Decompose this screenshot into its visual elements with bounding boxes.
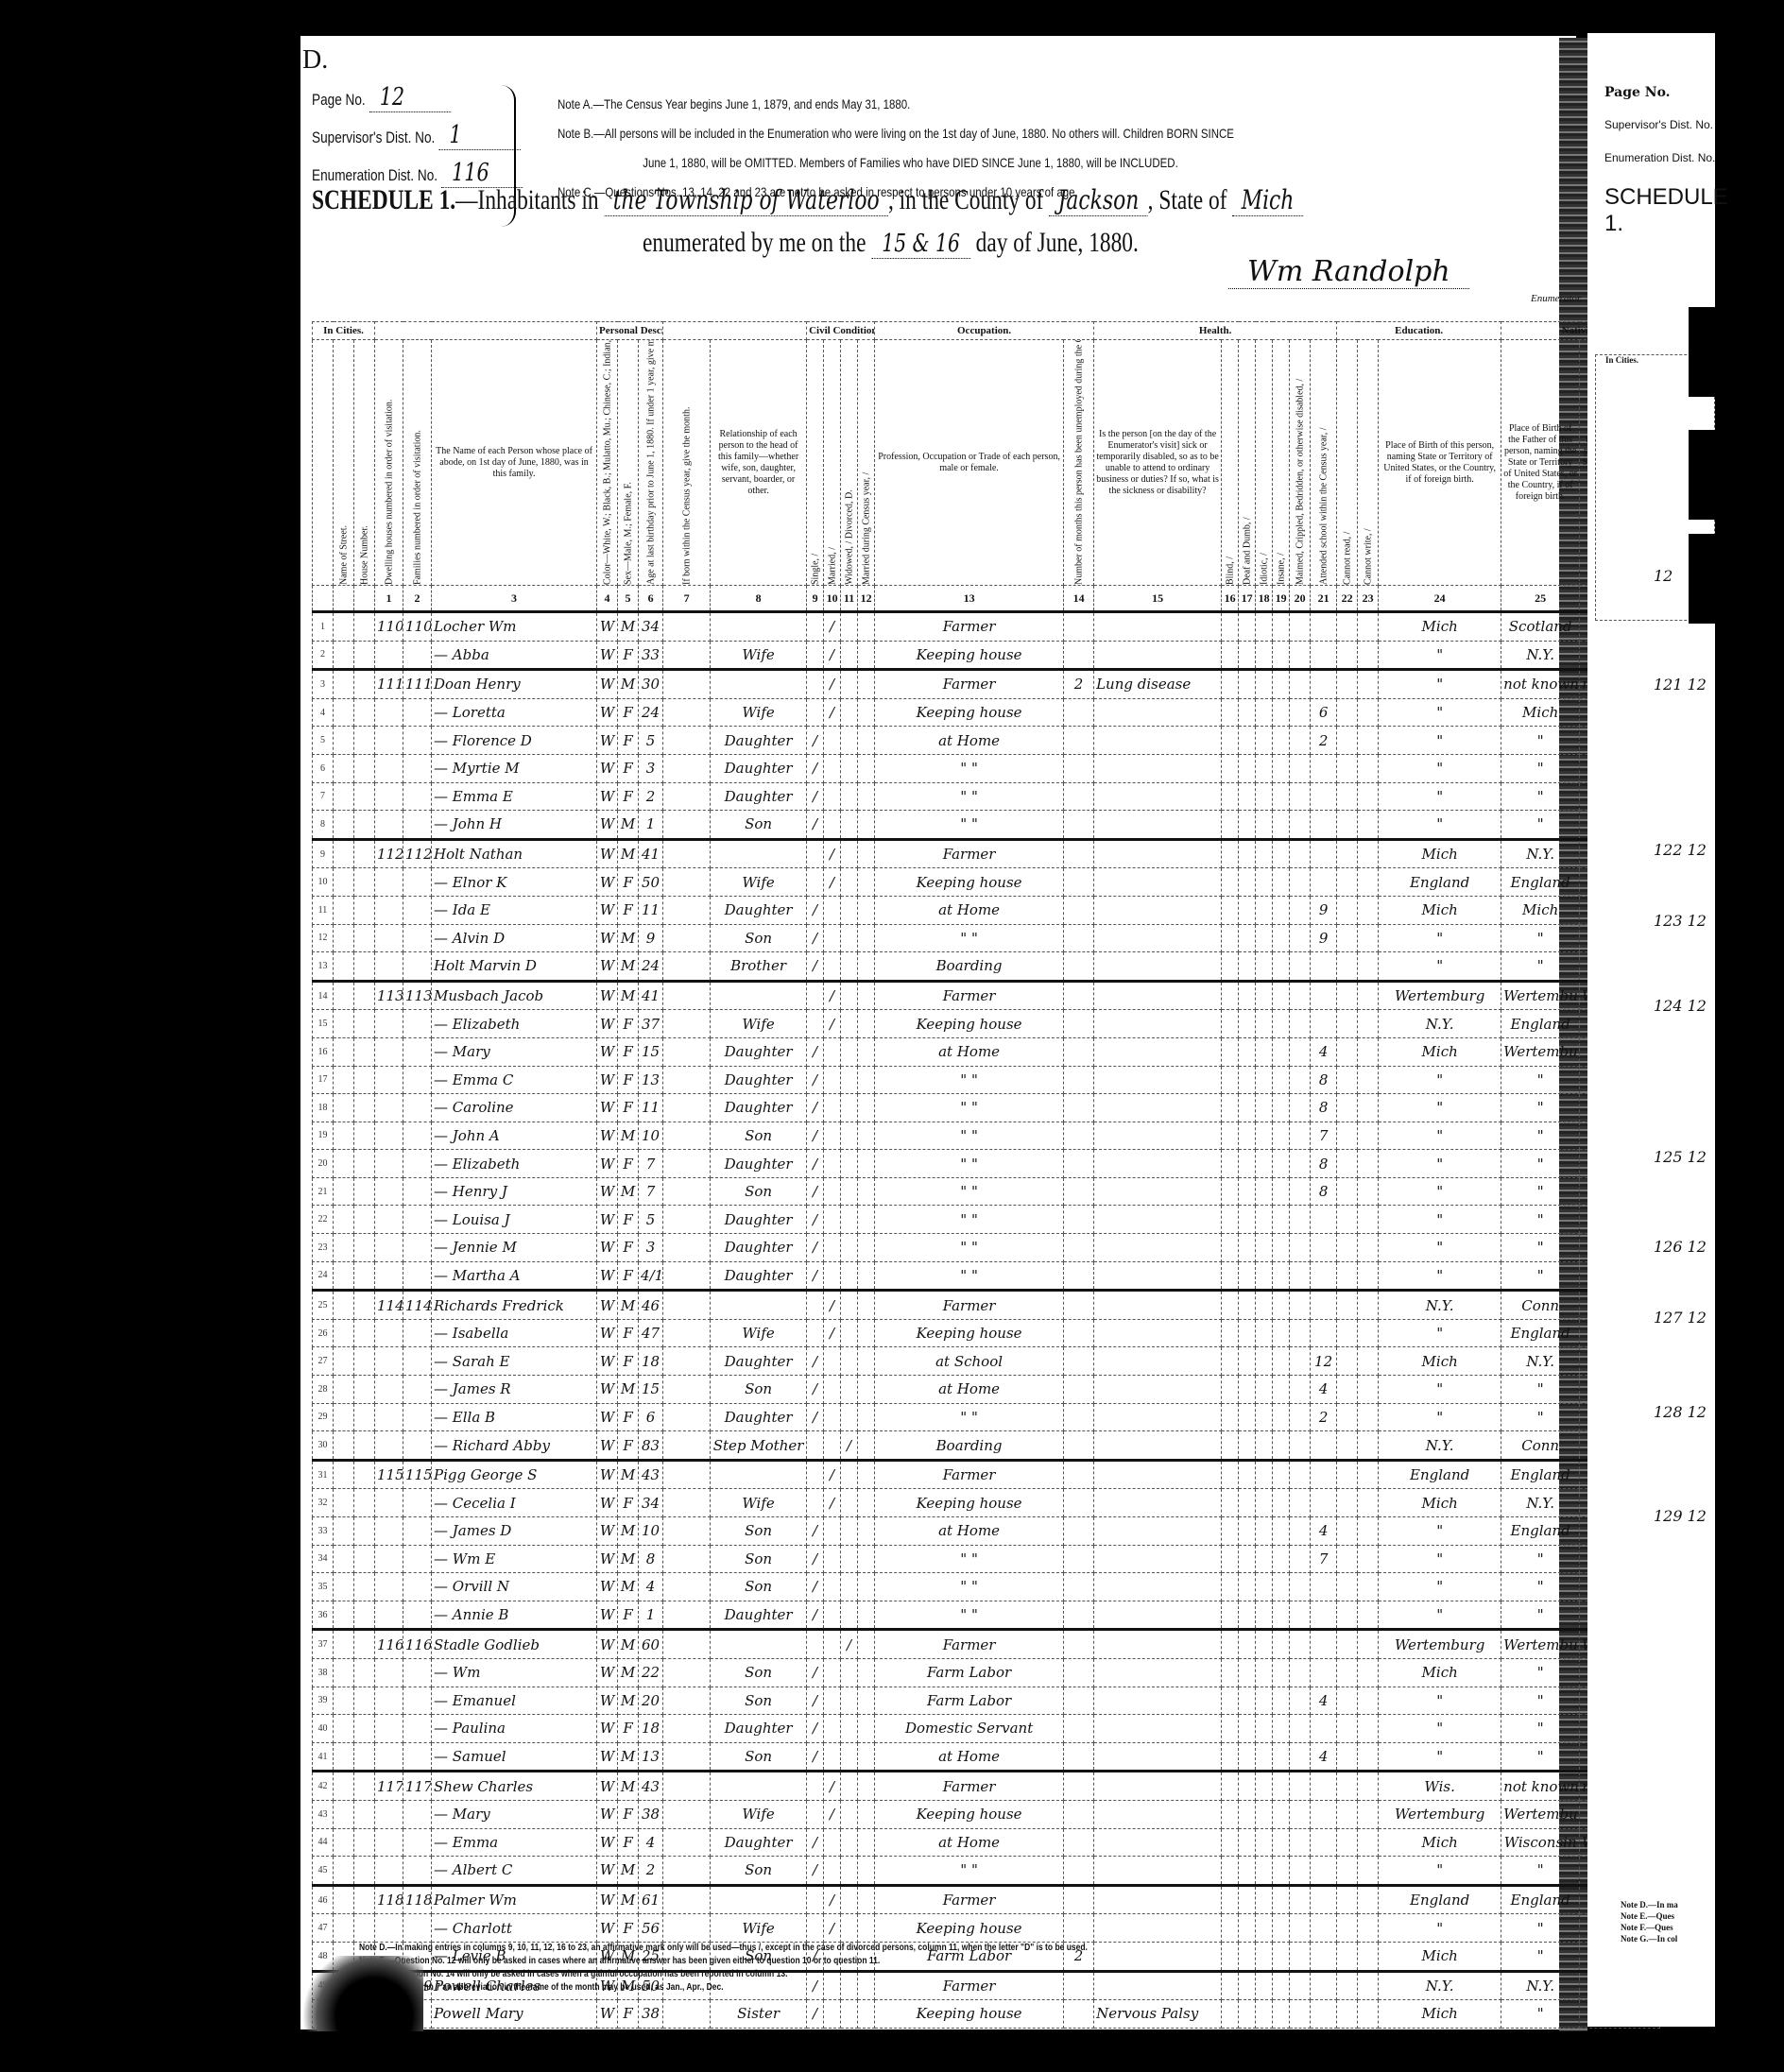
sex-cell: M [618,1630,639,1659]
sex-cell: M [618,1687,639,1715]
line-number: 8 [313,811,334,840]
cannot-write-cell [1358,1545,1379,1573]
sickness-cell [1094,1772,1222,1801]
birthplace-cell: " [1379,1094,1501,1122]
color-cell: W [597,1630,618,1659]
occupation-cell: Boarding [875,1431,1064,1461]
widowed-cell [841,839,858,868]
birthplace-cell: " [1379,952,1501,982]
unemployed-cell [1064,1066,1094,1094]
relationship-cell: Son [711,1177,807,1206]
school-cell [1311,839,1337,868]
line-number: 31 [313,1460,334,1489]
insane-cell [1273,1828,1290,1857]
cannot-read-cell [1337,754,1358,782]
occupation-cell: " " [875,1094,1064,1122]
single-cell: / [807,1715,824,1743]
sickness-cell [1094,1658,1222,1687]
schedule-label: SCHEDULE 1. [312,184,455,215]
married-cell [824,1376,841,1404]
age-cell: 4 [639,1828,663,1857]
adjacent-enumeration-label: Enumeration Dist. No. [1604,151,1715,164]
table-row: 24— Martha AWF4/12Daughter/" """" [313,1261,1660,1291]
unemployed-cell [1064,1715,1094,1743]
adjacent-in-cities: In Cities. [1605,355,1638,365]
single-cell: / [807,1658,824,1687]
blind-cell [1222,641,1239,670]
sex-cell: F [618,1715,639,1743]
township-value: the Township of Waterloo [604,184,888,216]
sickness-cell [1094,1066,1222,1094]
street-cell [334,1828,354,1857]
sex-cell: F [618,1347,639,1376]
sex-cell: F [618,782,639,811]
sickness-cell: Nervous Palsy [1094,2000,1222,2029]
deaf-cell [1239,1857,1256,1886]
unemployed-cell [1064,1431,1094,1461]
birth-month-cell [663,727,711,755]
col-birth-month: If born within the Census year, give the… [663,340,711,586]
color-cell: W [597,1489,618,1517]
birth-month-cell [663,1460,711,1489]
father-birthplace-cell: " [1501,1150,1580,1178]
color-cell: W [597,868,618,897]
color-cell: W [597,1347,618,1376]
insane-cell [1273,868,1290,897]
house-cell [354,952,375,982]
married-year-cell [858,1545,875,1573]
single-cell: / [807,782,824,811]
cannot-write-cell [1358,839,1379,868]
sex-cell: F [618,1319,639,1347]
maimed-cell [1290,1431,1311,1461]
person-name: — Isabella [432,1319,597,1347]
married-year-cell [858,952,875,982]
birthplace-cell: " [1379,727,1501,755]
family-number: 114 [403,1291,432,1320]
sex-cell: M [618,1772,639,1801]
col-single: Single, / [807,340,824,586]
dwelling-number [375,1517,403,1546]
single-cell: / [807,2000,824,2029]
idiotic-cell [1256,952,1273,982]
table-row: 16— MaryWF15Daughter/at Home4MichWertemb… [313,1037,1660,1066]
note-e: Note E.—Question No. 12 will only be ask… [359,1955,1088,1968]
cannot-write-cell [1358,1517,1379,1546]
birth-month-cell [663,1291,711,1320]
school-cell [1311,1601,1337,1630]
occupation-cell: " " [875,1122,1064,1150]
school-cell: 8 [1311,1066,1337,1094]
birthplace-cell: Mich [1379,2000,1501,2029]
family-number [403,1857,432,1886]
dwelling-number [375,896,403,924]
married-year-cell [858,1122,875,1150]
person-name: Stadle Godlieb [432,1630,597,1659]
unemployed-cell [1064,811,1094,840]
deaf-cell [1239,1489,1256,1517]
married-cell [824,727,841,755]
deaf-cell [1239,641,1256,670]
group-personal: Personal Description. [597,322,663,340]
age-cell: 3 [639,1234,663,1262]
sex-cell: F [618,1037,639,1066]
insane-cell [1273,1800,1290,1828]
age-cell: 47 [639,1319,663,1347]
age-cell: 46 [639,1291,663,1320]
relationship-cell: Brother [711,952,807,982]
maimed-cell [1290,782,1311,811]
street-cell [334,698,354,727]
deaf-cell [1239,1177,1256,1206]
blind-cell [1222,1489,1239,1517]
blind-cell [1222,839,1239,868]
age-cell: 34 [639,612,663,642]
dwelling-number: 113 [375,981,403,1010]
married-cell [824,1658,841,1687]
deaf-cell [1239,868,1256,897]
cannot-write-cell [1358,612,1379,642]
married-cell [824,924,841,952]
table-row: 14113113Musbach JacobWM41/FarmerWertembu… [313,981,1660,1010]
father-birthplace-cell: Conn [1501,1431,1580,1461]
relationship-cell: Step Mother [711,1431,807,1461]
single-cell [807,1885,824,1914]
col-father-birthplace: Place of Birth of the Father of this per… [1501,340,1580,586]
blind-cell [1222,1037,1239,1066]
age-cell: 1 [639,1601,663,1630]
family-number [403,1319,432,1347]
table-row: 36— Annie BWF1Daughter/" """" [313,1601,1660,1630]
school-cell [1311,754,1337,782]
family-number [403,1122,432,1150]
age-cell: 5 [639,1206,663,1234]
family-number [403,1206,432,1234]
birthplace-cell: " [1379,1742,1501,1772]
relationship-cell: Daughter [711,1403,807,1431]
person-name: — James R [432,1376,597,1404]
widowed-cell [841,1517,858,1546]
house-cell [354,1545,375,1573]
house-cell [354,1630,375,1659]
birthplace-cell: " [1379,1122,1501,1150]
single-cell: / [807,1376,824,1404]
married-cell [824,1037,841,1066]
person-name: — Florence D [432,727,597,755]
sickness-cell [1094,612,1222,642]
cannot-read-cell [1337,1291,1358,1320]
widowed-cell [841,1828,858,1857]
cannot-write-cell [1358,1914,1379,1943]
birthplace-cell: " [1379,1376,1501,1404]
sickness-cell [1094,1150,1222,1178]
sickness-cell [1094,1885,1222,1914]
married-cell [824,1347,841,1376]
occupation-cell: " " [875,1234,1064,1262]
married-cell [824,1261,841,1291]
school-cell [1311,1206,1337,1234]
house-cell [354,1403,375,1431]
cannot-write-cell [1358,1942,1379,1971]
father-birthplace-cell: " [1501,1177,1580,1206]
line-number: 37 [313,1630,334,1659]
col-age: Age at last birthday prior to June 1, 18… [639,340,663,586]
person-name: — Paulina [432,1715,597,1743]
idiotic-cell [1256,924,1273,952]
sex-cell: M [618,1291,639,1320]
street-cell [334,754,354,782]
birthplace-cell: " [1379,641,1501,670]
cannot-read-cell [1337,1601,1358,1630]
street-cell [334,896,354,924]
table-row: 47— CharlottWF56Wife/Keeping house""" [313,1914,1660,1943]
single-cell [807,1772,824,1801]
idiotic-cell [1256,1066,1273,1094]
dwelling-number [375,727,403,755]
color-cell: W [597,1601,618,1630]
married-cell: / [824,641,841,670]
maimed-cell [1290,1291,1311,1320]
color-cell: W [597,1376,618,1404]
blind-cell [1222,782,1239,811]
birth-month-cell [663,811,711,840]
col-school: Attended school within the Census year, … [1311,340,1337,586]
sickness-cell [1094,1545,1222,1573]
birth-month-cell [663,981,711,1010]
widowed-cell [841,1857,858,1886]
birth-month-cell [663,896,711,924]
table-row: 11— Ida EWF11Daughter/at Home9MichMich" [313,896,1660,924]
house-cell [354,1742,375,1772]
blind-cell [1222,1347,1239,1376]
idiotic-cell [1256,1489,1273,1517]
maimed-cell [1290,2000,1311,2029]
col-idiotic: Idiotic, / [1256,340,1273,586]
age-cell: 9 [639,924,663,952]
color-cell: W [597,924,618,952]
married-year-cell [858,1376,875,1404]
maimed-cell [1290,1885,1311,1914]
cannot-write-cell [1358,1971,1379,2000]
insane-cell [1273,1942,1290,1971]
adjacent-page-no-label: Page No. [1604,85,1671,100]
school-cell [1311,1319,1337,1347]
married-year-cell [858,1234,875,1262]
house-cell [354,1914,375,1943]
colnum: 9 [807,586,824,612]
street-cell [334,1094,354,1122]
single-cell: / [807,1122,824,1150]
age-cell: 50 [639,868,663,897]
house-cell [354,811,375,840]
street-cell [334,1658,354,1687]
cannot-write-cell [1358,698,1379,727]
married-cell [824,1517,841,1546]
color-cell: W [597,1122,618,1150]
house-cell [354,1177,375,1206]
table-row: 4— LorettaWF24Wife/Keeping house6"MichEn… [313,698,1660,727]
insane-cell [1273,1234,1290,1262]
line-number: 30 [313,1431,334,1461]
married-cell [824,952,841,982]
table-row: 2— AbbaWF33Wife/Keeping house"N.Y.Pa. [313,641,1660,670]
sickness-cell [1094,1122,1222,1150]
blind-cell [1222,1573,1239,1601]
blind-cell [1222,1914,1239,1943]
school-cell [1311,1828,1337,1857]
sickness-cell [1094,1319,1222,1347]
deaf-cell [1239,1545,1256,1573]
birth-month-cell [663,1094,711,1122]
father-birthplace-cell: " [1501,1573,1580,1601]
age-cell: 60 [639,1630,663,1659]
house-cell [354,1066,375,1094]
house-cell [354,1150,375,1178]
single-cell: / [807,1857,824,1886]
widowed-cell [841,1261,858,1291]
maimed-cell [1290,1261,1311,1291]
occupation-cell: " " [875,1150,1064,1178]
cannot-write-cell [1358,1206,1379,1234]
person-name: — Charlott [432,1914,597,1943]
group-occupation: Occupation. [875,322,1094,340]
age-cell: 2 [639,782,663,811]
deaf-cell [1239,1742,1256,1772]
person-name: Doan Henry [432,670,597,699]
widowed-cell [841,612,858,642]
occupation-cell: " " [875,811,1064,840]
unemployed-cell [1064,868,1094,897]
street-cell [334,1857,354,1886]
single-cell: / [807,1601,824,1630]
enumerator-signature: Wm Randolph [1228,255,1469,289]
enumerated-suffix: day of June, 1880. [976,227,1139,258]
person-name: — Elnor K [432,868,597,897]
deaf-cell [1239,698,1256,727]
occupation-cell: Boarding [875,952,1064,982]
deaf-cell [1239,1347,1256,1376]
cannot-read-cell [1337,1772,1358,1801]
idiotic-cell [1256,698,1273,727]
col-cannot-read: Cannot read, / [1337,340,1358,586]
blind-cell [1222,1885,1239,1914]
occupation-cell: " " [875,1261,1064,1291]
enumerator-label: Enumerator. [1531,293,1583,304]
house-cell [354,924,375,952]
single-cell [807,1460,824,1489]
deaf-cell [1239,1234,1256,1262]
school-cell: 12 [1311,1347,1337,1376]
col-house: House Number. [354,340,375,586]
birthplace-cell: " [1379,811,1501,840]
birth-month-cell [663,1857,711,1886]
relationship-cell: Wife [711,1489,807,1517]
color-cell: W [597,1800,618,1828]
sickness-cell: Lung disease [1094,670,1222,699]
family-number [403,1010,432,1038]
school-cell [1311,1715,1337,1743]
cannot-write-cell [1358,1460,1379,1489]
single-cell [807,698,824,727]
married-cell [824,1828,841,1857]
school-cell [1311,641,1337,670]
person-name: — Ida E [432,896,597,924]
line-number: 25 [313,1291,334,1320]
relationship-cell: Daughter [711,1828,807,1857]
widowed-cell [841,1715,858,1743]
birth-month-cell [663,1431,711,1461]
census-rows: 1110110Locher WmWM34/FarmerMichScotlandN… [313,612,1660,2029]
birthplace-cell: " [1379,1066,1501,1094]
colnum: 22 [1337,586,1358,612]
birth-month-cell [663,1545,711,1573]
color-cell: W [597,1545,618,1573]
dwelling-number [375,1857,403,1886]
cannot-read-cell [1337,1037,1358,1066]
table-row: 9112112Holt NathanWM41/FarmerMichN.Y.N.Y… [313,839,1660,868]
color-cell: W [597,727,618,755]
maimed-cell [1290,952,1311,982]
cannot-read-cell [1337,1234,1358,1262]
person-name: — Caroline [432,1094,597,1122]
insane-cell [1273,924,1290,952]
line-number: 12 [313,924,334,952]
occupation-cell: at Home [875,896,1064,924]
birth-month-cell [663,1601,711,1630]
relationship-cell: Son [711,1687,807,1715]
single-cell: / [807,727,824,755]
father-birthplace-cell: England [1501,1517,1580,1546]
person-name: — Elizabeth [432,1010,597,1038]
unemployed-cell: 2 [1064,670,1094,699]
maimed-cell [1290,1914,1311,1943]
single-cell [807,1010,824,1038]
family-number [403,1800,432,1828]
idiotic-cell [1256,1403,1273,1431]
person-name: Powell Mary [432,2000,597,2029]
colnum: 8 [711,586,807,612]
color-cell: W [597,1460,618,1489]
school-cell: 8 [1311,1177,1337,1206]
census-table: In Cities. Personal Description. Civil C… [312,321,1660,2029]
street-cell [334,1319,354,1347]
cannot-write-cell [1358,754,1379,782]
line-number: 45 [313,1857,334,1886]
married-cell [824,1403,841,1431]
birth-month-cell [663,670,711,699]
blind-cell [1222,1545,1239,1573]
table-row: 23— Jennie MWF3Daughter/" """" [313,1234,1660,1262]
birth-month-cell [663,1066,711,1094]
married-year-cell [858,1206,875,1234]
line-number: 23 [313,1234,334,1262]
maimed-cell [1290,1403,1311,1431]
cannot-write-cell [1358,1122,1379,1150]
street-cell [334,1914,354,1943]
col-color: Color—White, W.; Black, B.; Mulatto, Mu.… [597,340,618,586]
color-cell: W [597,1010,618,1038]
maimed-cell [1290,1460,1311,1489]
birth-month-cell [663,612,711,642]
person-name: — Albert C [432,1857,597,1886]
relationship-cell [711,1460,807,1489]
idiotic-cell [1256,1177,1273,1206]
widowed-cell: / [841,1431,858,1461]
adjacent-dwelling: 126 12 [1654,1238,1707,1256]
dwelling-number: 114 [375,1291,403,1320]
birthplace-cell: N.Y. [1379,1971,1501,2000]
line-number: 43 [313,1800,334,1828]
